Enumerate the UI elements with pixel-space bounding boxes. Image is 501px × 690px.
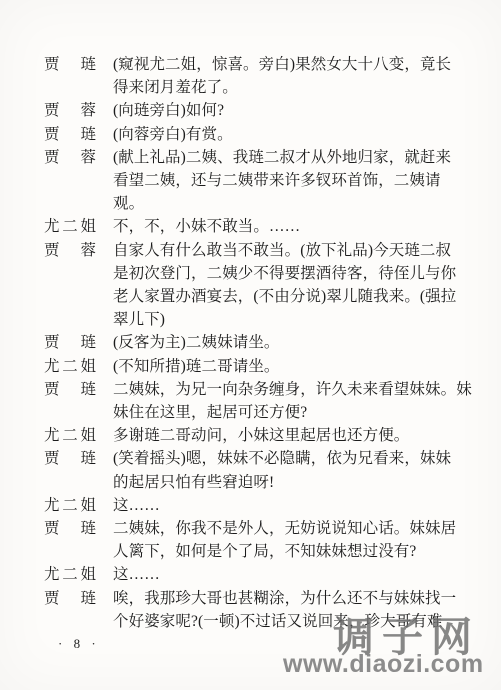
watermark-site-url: www.diaozi.com [283,650,484,679]
speech-row: 贾 琏 (窥视尤二姐，惊喜。旁白)果然女大十八变，竟长 得来闭月羞花了。 [44,53,475,99]
speech-row: 贾 蓉 (向琏旁白)如何? [44,99,475,122]
speech-text: (献上礼品)二姨、我琏二叔才从外地归家，就赶来 看望二姨，还与二姨带来许多钗环首… [113,146,475,216]
speech-row: 贾 琏 (向蓉旁白)有赏。 [44,123,475,146]
speech-text: (不知所措)琏二哥请坐。 [113,355,475,378]
speaker-name: 尤二姐 [44,355,96,378]
speech-text: 这…… [113,494,475,517]
speaker-name: 贾 蓉 [44,146,96,169]
script-text-block: 贾 琏 (窥视尤二姐，惊喜。旁白)果然女大十八变，竟长 得来闭月羞花了。 贾 蓉… [44,53,475,633]
speech-row: 贾 蓉 (献上礼品)二姨、我琏二叔才从外地归家，就赶来 看望二姨，还与二姨带来许… [44,146,475,216]
speaker-name: 贾 琏 [44,53,96,76]
speech-text: 不，不，小妹不敢当。…… [113,215,475,238]
speech-text: (窥视尤二姐，惊喜。旁白)果然女大十八变，竟长 得来闭月羞花了。 [113,53,475,99]
speaker-name: 贾 蓉 [44,239,96,262]
speech-row: 贾 琏 二姨妹，你我不是外人，无妨说说知心话。妹妹居 人篱下，如何是个了局，不知… [44,517,475,563]
speech-row: 尤二姐 不，不，小妹不敢当。…… [44,215,475,238]
speaker-name: 尤二姐 [44,424,96,447]
speech-text: 多谢琏二哥动问，小妹这里起居也还方便。 [113,424,475,447]
speech-row: 尤二姐 这…… [44,563,475,586]
speech-text: (反客为主)二姨妹请坐。 [113,331,475,354]
speech-row: 尤二姐 (不知所措)琏二哥请坐。 [44,355,475,378]
speech-row: 尤二姐 多谢琏二哥动问，小妹这里起居也还方便。 [44,424,475,447]
speech-text: 这…… [113,563,475,586]
speaker-name: 贾 琏 [44,447,96,470]
speech-text: 二姨妹，你我不是外人，无妨说说知心话。妹妹居 人篱下，如何是个了局，不知妹妹想过… [113,517,475,563]
speech-text: 自家人有什么敢当不敢当。(放下礼品)今天琏二叔 是初次登门，二姨少不得要摆酒待客… [113,239,475,332]
speaker-name: 尤二姐 [44,494,96,517]
speech-text: (向琏旁白)如何? [113,99,475,122]
speech-row: 尤二姐 这…… [44,494,475,517]
speaker-name: 贾 琏 [44,587,96,610]
speech-row: 贾 琏 (笑着摇头)嗯，妹妹不必隐瞒，依为兄看来，妹妹 的起居只怕有些窘迫呀! [44,447,475,493]
speaker-name: 尤二姐 [44,563,96,586]
speaker-name: 贾 蓉 [44,99,96,122]
script-page: 贾 琏 (窥视尤二姐，惊喜。旁白)果然女大十八变，竟长 得来闭月羞花了。 贾 蓉… [0,0,501,690]
speech-row: 贾 琏 (反客为主)二姨妹请坐。 [44,331,475,354]
speech-row: 贾 琏 二姨妹，为兄一向杂务缠身，许久未来看望妹妹。妹 妹住在这里，起居可还方便… [44,378,475,424]
speech-text: (笑着摇头)嗯，妹妹不必隐瞒，依为兄看来，妹妹 的起居只怕有些窘迫呀! [113,447,475,493]
speech-row: 贾 蓉 自家人有什么敢当不敢当。(放下礼品)今天琏二叔 是初次登门，二姨少不得要… [44,239,475,332]
speaker-name: 贾 琏 [44,123,96,146]
speech-text: (向蓉旁白)有赏。 [113,123,475,146]
speaker-name: 贾 琏 [44,378,96,401]
page-number: · 8 · [58,636,100,652]
speech-text: 二姨妹，为兄一向杂务缠身，许久未来看望妹妹。妹 妹住在这里，起居可还方便? [113,378,475,424]
speaker-name: 贾 琏 [44,331,96,354]
speaker-name: 尤二姐 [44,215,96,238]
speaker-name: 贾 琏 [44,517,96,540]
